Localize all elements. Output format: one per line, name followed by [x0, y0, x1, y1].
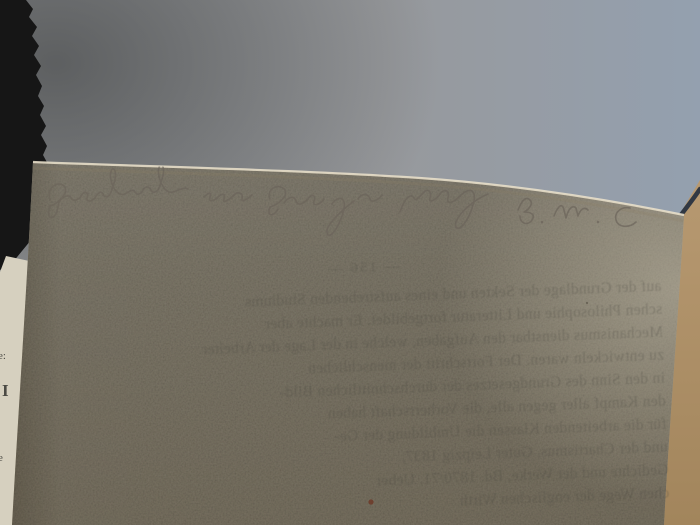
handwritten-inscription: Geschenkt von Georg Minck B. M. C. — [0, 0, 700, 525]
photo-of-book-page: e: I e — 156 — auf der Grundlage der Sek… — [0, 0, 700, 525]
